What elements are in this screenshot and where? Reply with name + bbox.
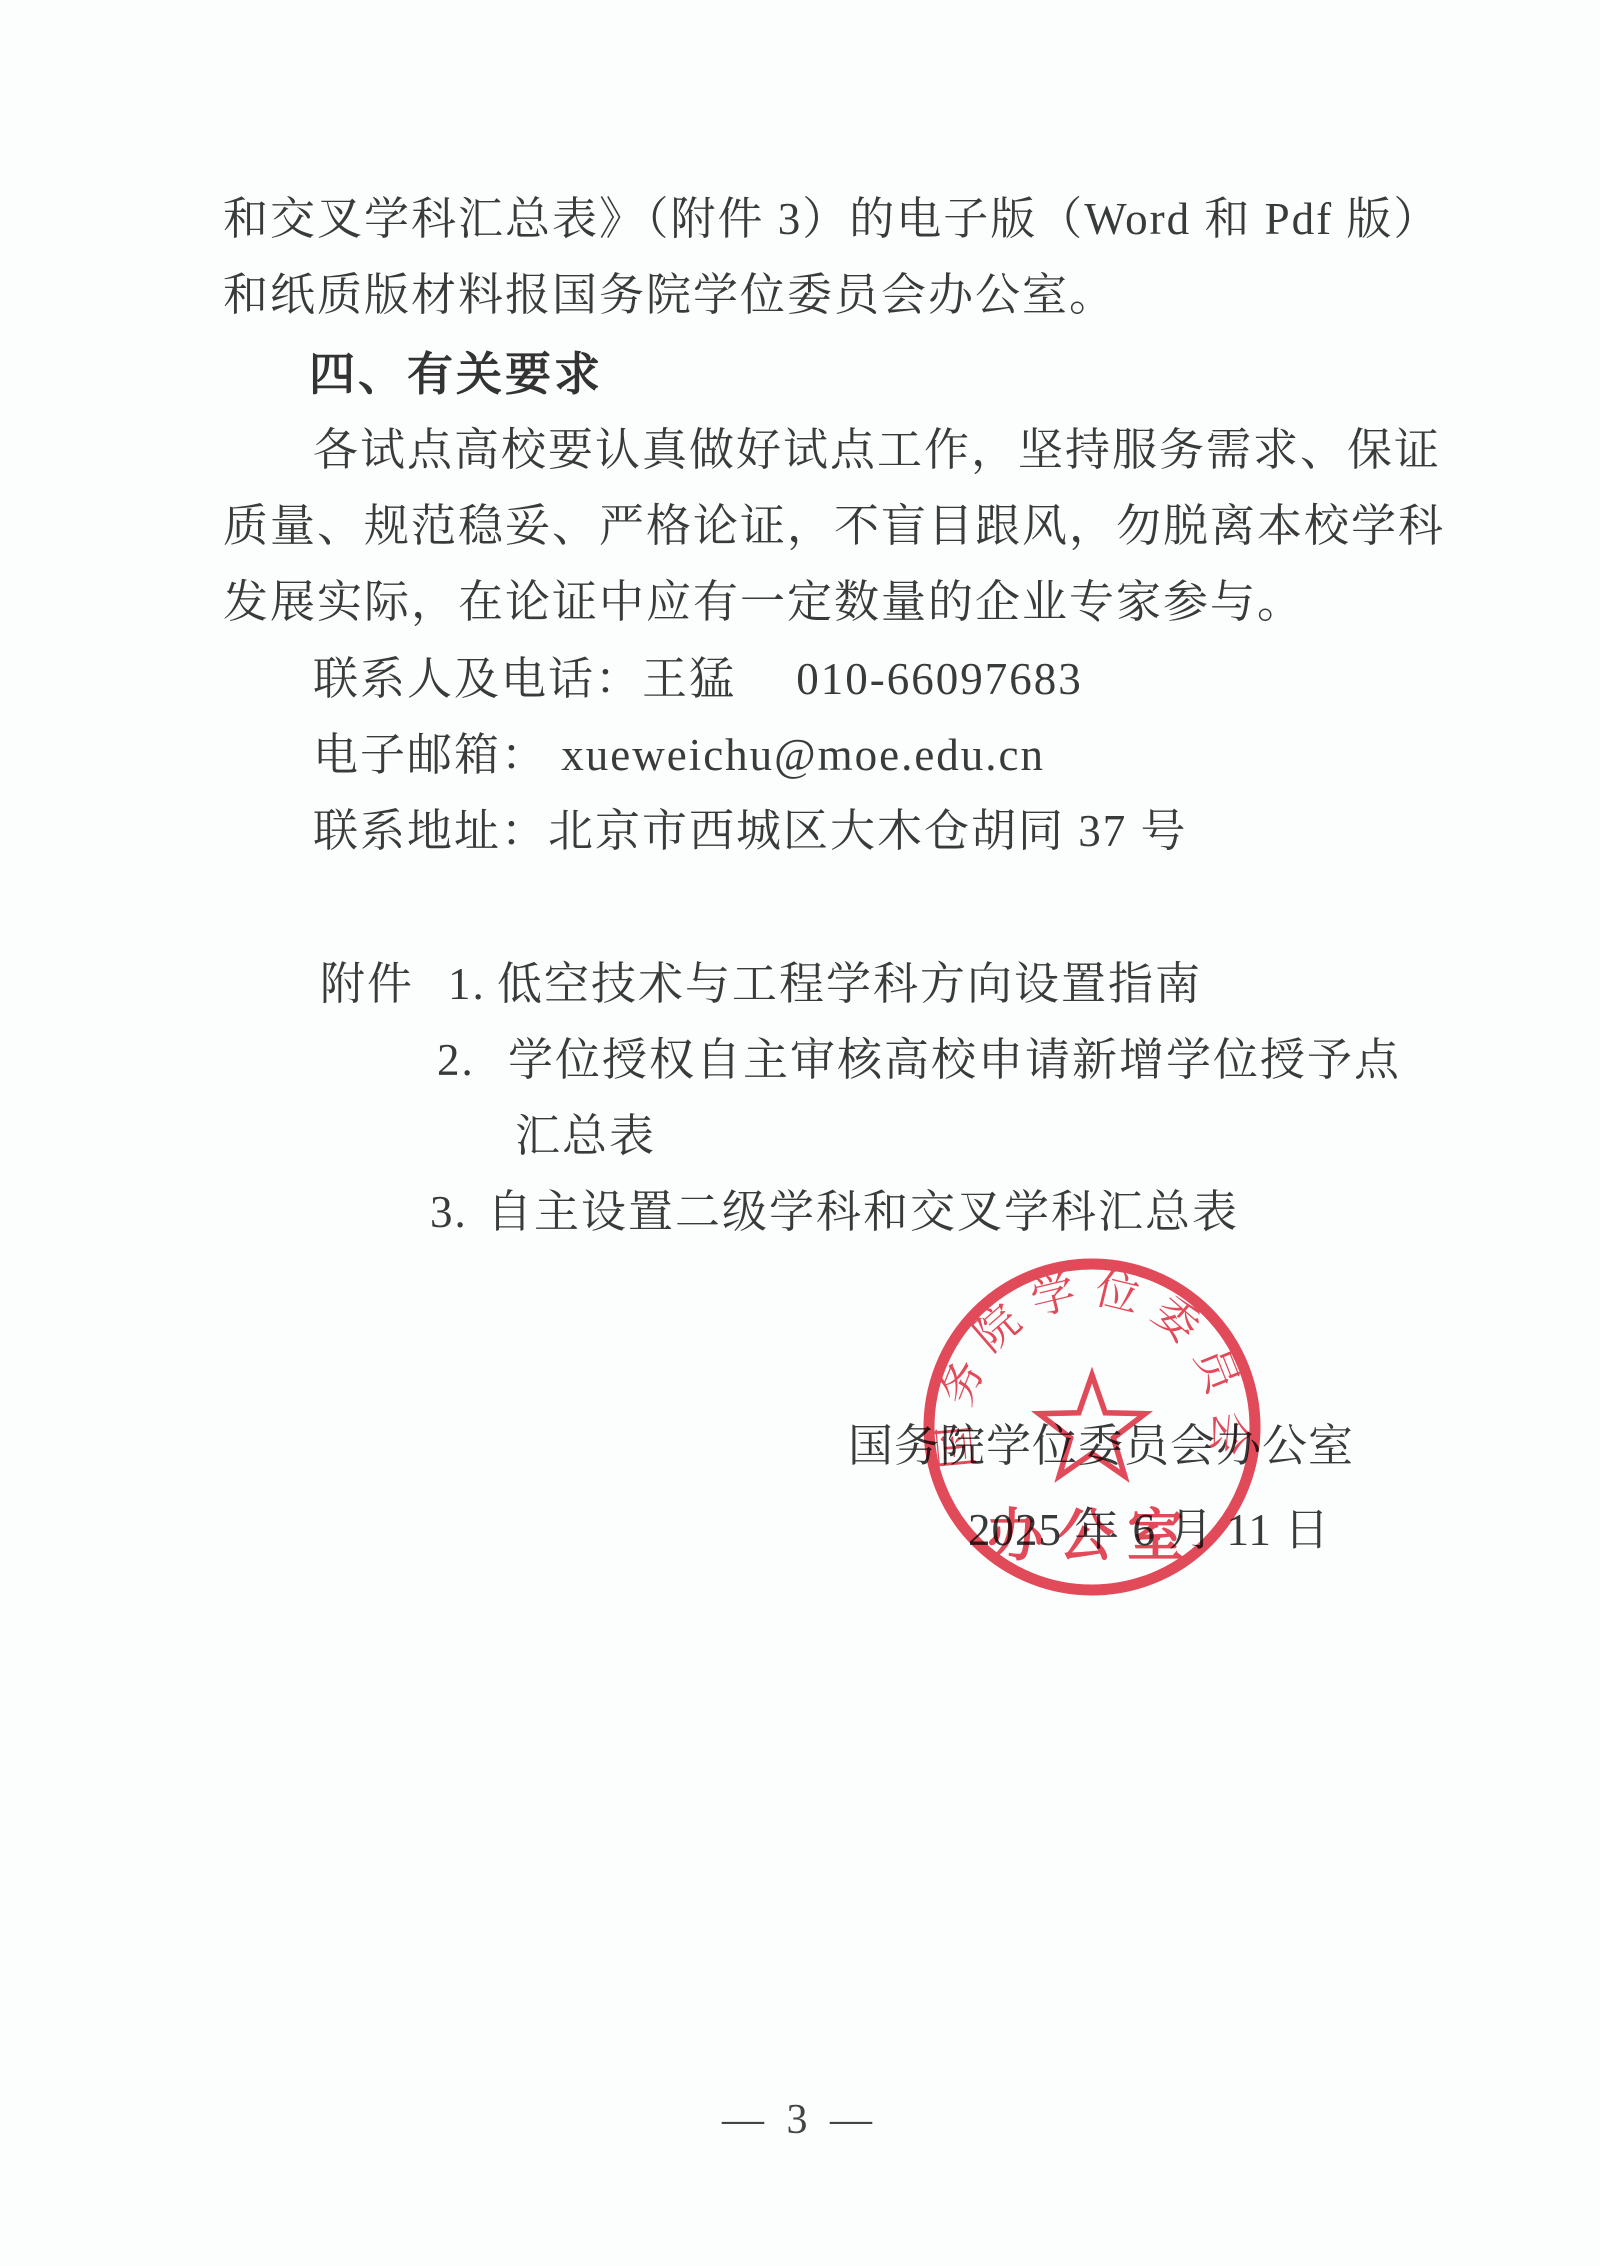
seal-star-icon bbox=[1039, 1375, 1145, 1476]
attachment-2-title-cont: 汇总表 bbox=[515, 1110, 656, 1163]
attachment-1-title: 低空技术与工程学科方向设置指南 bbox=[497, 958, 1202, 1011]
document-page: 和交叉学科汇总表》（附件 3）的电子版（Word 和 Pdf 版） 和纸质版材料… bbox=[0, 0, 1600, 2266]
body-paragraph-line-2: 质量、规范稳妥、严格论证，不盲目跟风，勿脱离本校学科 bbox=[223, 500, 1445, 553]
contact-email-line: 电子邮箱： xueweichu@moe.edu.cn bbox=[313, 729, 1045, 782]
seal-bottom-text: 办公室 bbox=[987, 1505, 1197, 1568]
attachment-2-number: 2. bbox=[437, 1034, 475, 1087]
attachment-3-title: 自主设置二级学科和交叉学科汇总表 bbox=[487, 1186, 1239, 1239]
attachment-1-number: 1. bbox=[448, 958, 486, 1011]
paragraph-continuation-line-1: 和交叉学科汇总表》（附件 3）的电子版（Word 和 Pdf 版） bbox=[223, 193, 1440, 246]
contact-phone-line: 联系人及电话：王猛 010-66097683 bbox=[313, 653, 1083, 706]
attachments-label: 附件 bbox=[320, 958, 414, 1011]
body-paragraph-line-1: 各试点高校要认真做好试点工作，坚持服务需求、保证 bbox=[313, 424, 1441, 477]
attachment-2-title: 学位授权自主审核高校申请新增学位授予点 bbox=[508, 1034, 1401, 1087]
attachment-3-number: 3. bbox=[430, 1186, 468, 1239]
body-paragraph-line-3: 发展实际，在论证中应有一定数量的企业专家参与。 bbox=[223, 576, 1304, 629]
paragraph-continuation-line-2: 和纸质版材料报国务院学位委员会办公室。 bbox=[223, 269, 1116, 322]
official-seal: 国务院学位委员会 办公室 bbox=[902, 1237, 1282, 1617]
contact-address-line: 联系地址：北京市西城区大木仓胡同 37 号 bbox=[313, 805, 1188, 858]
section-heading: 四、有关要求 bbox=[309, 347, 603, 401]
page-number: — 3 — bbox=[0, 2096, 1600, 2146]
